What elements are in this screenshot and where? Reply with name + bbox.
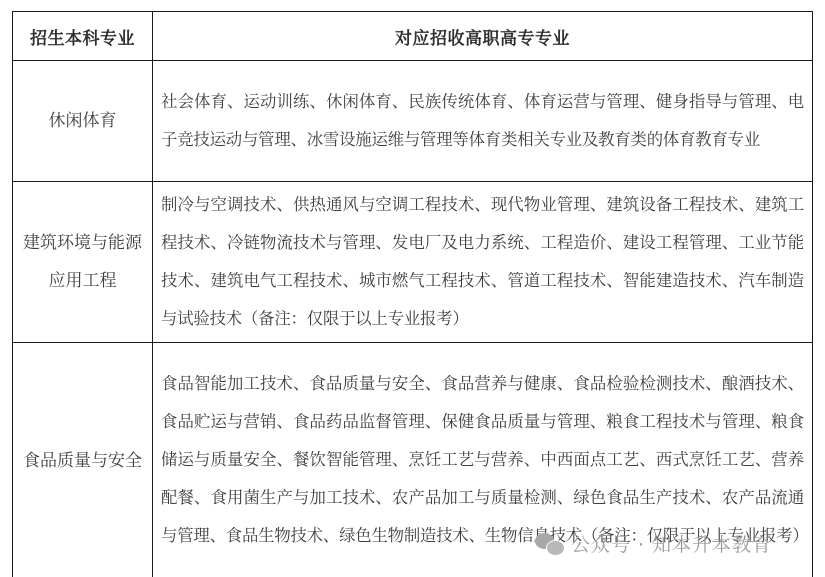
wechat-icon [535, 533, 565, 555]
header-undergrad-major: 招生本科专业 [13, 12, 153, 61]
undergrad-major-cell: 食品质量与安全 [13, 343, 153, 577]
table-row: 休闲体育 社会体育、运动训练、休闲体育、民族传统体育、体育运营与管理、健身指导与… [13, 61, 813, 182]
admission-majors-table: 招生本科专业 对应招收高职高专专业 休闲体育 社会体育、运动训练、休闲体育、民族… [12, 11, 813, 577]
admission-table-container: 招生本科专业 对应招收高职高专专业 休闲体育 社会体育、运动训练、休闲体育、民族… [12, 11, 812, 577]
watermark-text: 公众号 · 知本升本教育 [571, 530, 772, 557]
header-accepted-majors: 对应招收高职高专专业 [153, 12, 813, 61]
undergrad-major-cell: 休闲体育 [13, 61, 153, 182]
undergrad-major-cell: 建筑环境与能源应用工程 [13, 182, 153, 343]
table-row: 建筑环境与能源应用工程 制冷与空调技术、供热通风与空调工程技术、现代物业管理、建… [13, 182, 813, 343]
table-header-row: 招生本科专业 对应招收高职高专专业 [13, 12, 813, 61]
watermark: 公众号 · 知本升本教育 [535, 530, 772, 557]
accepted-majors-cell: 社会体育、运动训练、休闲体育、民族传统体育、体育运营与管理、健身指导与管理、电子… [153, 61, 813, 182]
accepted-majors-cell: 制冷与空调技术、供热通风与空调工程技术、现代物业管理、建筑设备工程技术、建筑工程… [153, 182, 813, 343]
